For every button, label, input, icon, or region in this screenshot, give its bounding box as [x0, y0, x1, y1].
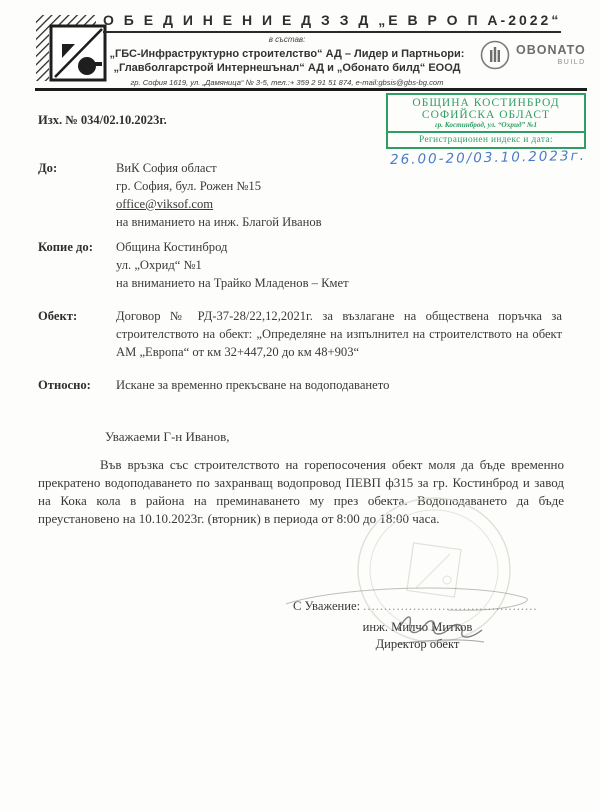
- object-block: Обект: Договор № РД-37-28/22,12,2021г. з…: [38, 308, 562, 362]
- to-recipient: ВиК София област: [116, 160, 562, 178]
- member-line-1: „ГБС-Инфраструктурно строителство“ АД – …: [103, 48, 471, 60]
- stamp-box: ОБЩИНА КОСТИНБРОД СОФИЙСКА ОБЛАСТ гр. Ко…: [386, 93, 586, 149]
- regarding-label: Относно:: [38, 377, 116, 395]
- scanned-letter-page: О Б Е Д И Н Е Н И Е Д З З Д „Е В Р О П А…: [0, 0, 600, 811]
- obonato-name: OBONATO: [516, 44, 586, 57]
- letterhead: О Б Е Д И Н Е Н И Е Д З З Д „Е В Р О П А…: [103, 12, 471, 87]
- copy-recipient: Община Костинброд: [116, 239, 562, 257]
- obonato-sub: BUILD: [516, 59, 586, 66]
- stamp-address: гр. Костинброд, ул. “Охрид” №1: [388, 121, 584, 131]
- object-label: Обект:: [38, 308, 116, 362]
- municipal-stamp: ОБЩИНА КОСТИНБРОД СОФИЙСКА ОБЛАСТ гр. Ко…: [386, 93, 586, 166]
- to-attention: на вниманието на инж. Благой Иванов: [116, 214, 562, 232]
- regarding-text: Искане за временно прекъсване на водопод…: [116, 377, 562, 395]
- salutation: Уважаеми Г-н Иванов,: [105, 429, 229, 445]
- stamp-reg-label: Регистрационен индекс и дата:: [388, 131, 584, 147]
- copy-to-content: Община Костинброд ул. „Охрид“ №1 на вним…: [116, 239, 562, 293]
- stamp-region: СОФИЙСКА ОБЛАСТ: [388, 109, 584, 121]
- stamp-municipality: ОБЩИНА КОСТИНБРОД: [388, 95, 584, 109]
- to-block: До: ВиК София област гр. София, бул. Рож…: [38, 160, 562, 232]
- org-title: О Б Е Д И Н Е Н И Е Д З З Д „Е В Р О П А…: [103, 12, 561, 33]
- composition-note: в състав:: [103, 35, 471, 44]
- signature-scribble-icon: [278, 572, 540, 663]
- hq-address: гр. София 1619, ул. „Дамяница“ № 3-5, те…: [103, 78, 471, 87]
- to-address: гр. София, бул. Рожен №15: [116, 178, 562, 196]
- copy-to-block: Копие до: Община Костинброд ул. „Охрид“ …: [38, 239, 562, 293]
- copy-address: ул. „Охрид“ №1: [116, 257, 562, 275]
- object-text: Договор № РД-37-28/22,12,2021г. за възла…: [116, 308, 562, 362]
- member-line-2: „Главболгарстрой Интернешънал“ АД и „Обо…: [103, 62, 471, 74]
- copy-attention: на вниманието на Трайко Младенов – Кмет: [116, 275, 562, 293]
- regarding-block: Относно: Искане за временно прекъсване н…: [38, 377, 562, 395]
- to-content: ВиК София област гр. София, бул. Рожен №…: [116, 160, 562, 232]
- copy-to-label: Копие до:: [38, 239, 116, 293]
- obonato-logo-icon: OBONATO BUILD: [477, 37, 589, 73]
- header-divider: [35, 88, 587, 91]
- gbs-logo-icon: [35, 14, 113, 90]
- outgoing-ref-number: Изх. № 034/02.10.2023г.: [38, 113, 167, 128]
- to-label: До:: [38, 160, 116, 232]
- to-email: office@viksof.com: [116, 196, 562, 214]
